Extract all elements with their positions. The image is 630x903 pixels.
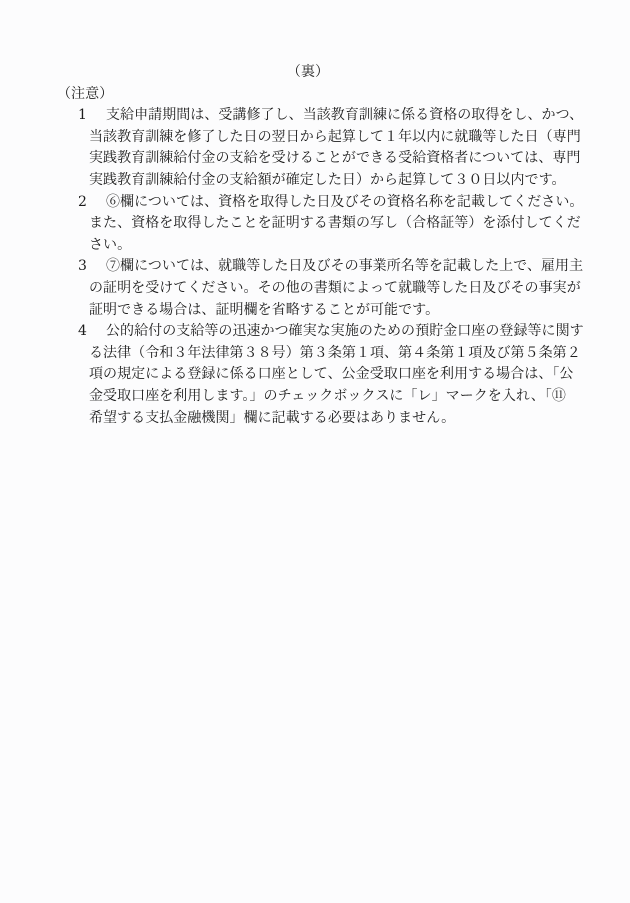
- note-line: 実践教育訓練給付金の支給を受けることができる受給資格者については、専門: [89, 148, 630, 170]
- note-line: さい。: [89, 235, 630, 257]
- note-line: また、資格を取得したことを証明する書類の写し（合格証等）を添付してくだ: [89, 213, 630, 235]
- note-line: 項の規定による登録に係る口座として、公金受取口座を利用する場合は、「公: [89, 364, 630, 386]
- note-line: 実践教育訓練給付金の支給額が確定した日）から起算して３０日以内です。: [89, 170, 630, 192]
- note-line: 支給申請期間は、受講修了し、当該教育訓練に係る資格の取得をし、かつ、: [106, 105, 630, 127]
- note-line: 希望する支払金融機関」欄に記載する必要はありません。: [89, 408, 630, 430]
- notice-label: （注意）: [57, 84, 630, 106]
- note-item-4: 4 公的給付の支給等の迅速かつ確実な実施のための預貯金口座の登録等に関す る法律…: [0, 321, 630, 429]
- page-side-label: （裏）: [0, 62, 623, 84]
- note-item-3: 3 ⑦欄については、就職等した日及びその事業所名等を記載した上で、雇用主 の証明…: [0, 256, 630, 321]
- note-line: 当該教育訓練を修了した日の翌日から起算して１年以内に就職等した日（専門: [89, 127, 630, 149]
- note-number: 4: [78, 321, 87, 343]
- note-line: 公的給付の支給等の迅速かつ確実な実施のための預貯金口座の登録等に関す: [106, 321, 630, 343]
- note-number: 1: [78, 105, 87, 127]
- note-line: ⑥欄については、資格を取得した日及びその資格名称を記載してください。: [106, 192, 630, 214]
- form-back-page: （裏） （注意） 1 支給申請期間は、受講修了し、当該教育訓練に係る資格の取得を…: [0, 0, 630, 903]
- note-line: ⑦欄については、就職等した日及びその事業所名等を記載した上で、雇用主: [106, 256, 630, 278]
- note-number: 2: [78, 192, 87, 214]
- note-line: る法律（令和３年法律第３８号）第３条第１項、第４条第１項及び第５条第２: [89, 343, 630, 365]
- note-item-1: 1 支給申請期間は、受講修了し、当該教育訓練に係る資格の取得をし、かつ、 当該教…: [0, 105, 630, 191]
- note-line: の証明を受けてください。その他の書類によって就職等した日及びその事実が: [89, 278, 630, 300]
- note-line: 金受取口座を利用します。」のチェックボックスに「レ」マークを入れ、「⑪: [89, 386, 630, 408]
- note-line: 証明できる場合は、証明欄を省略することが可能です。: [89, 300, 630, 322]
- note-number: 3: [78, 256, 87, 278]
- note-item-2: 2 ⑥欄については、資格を取得した日及びその資格名称を記載してください。 また、…: [0, 192, 630, 257]
